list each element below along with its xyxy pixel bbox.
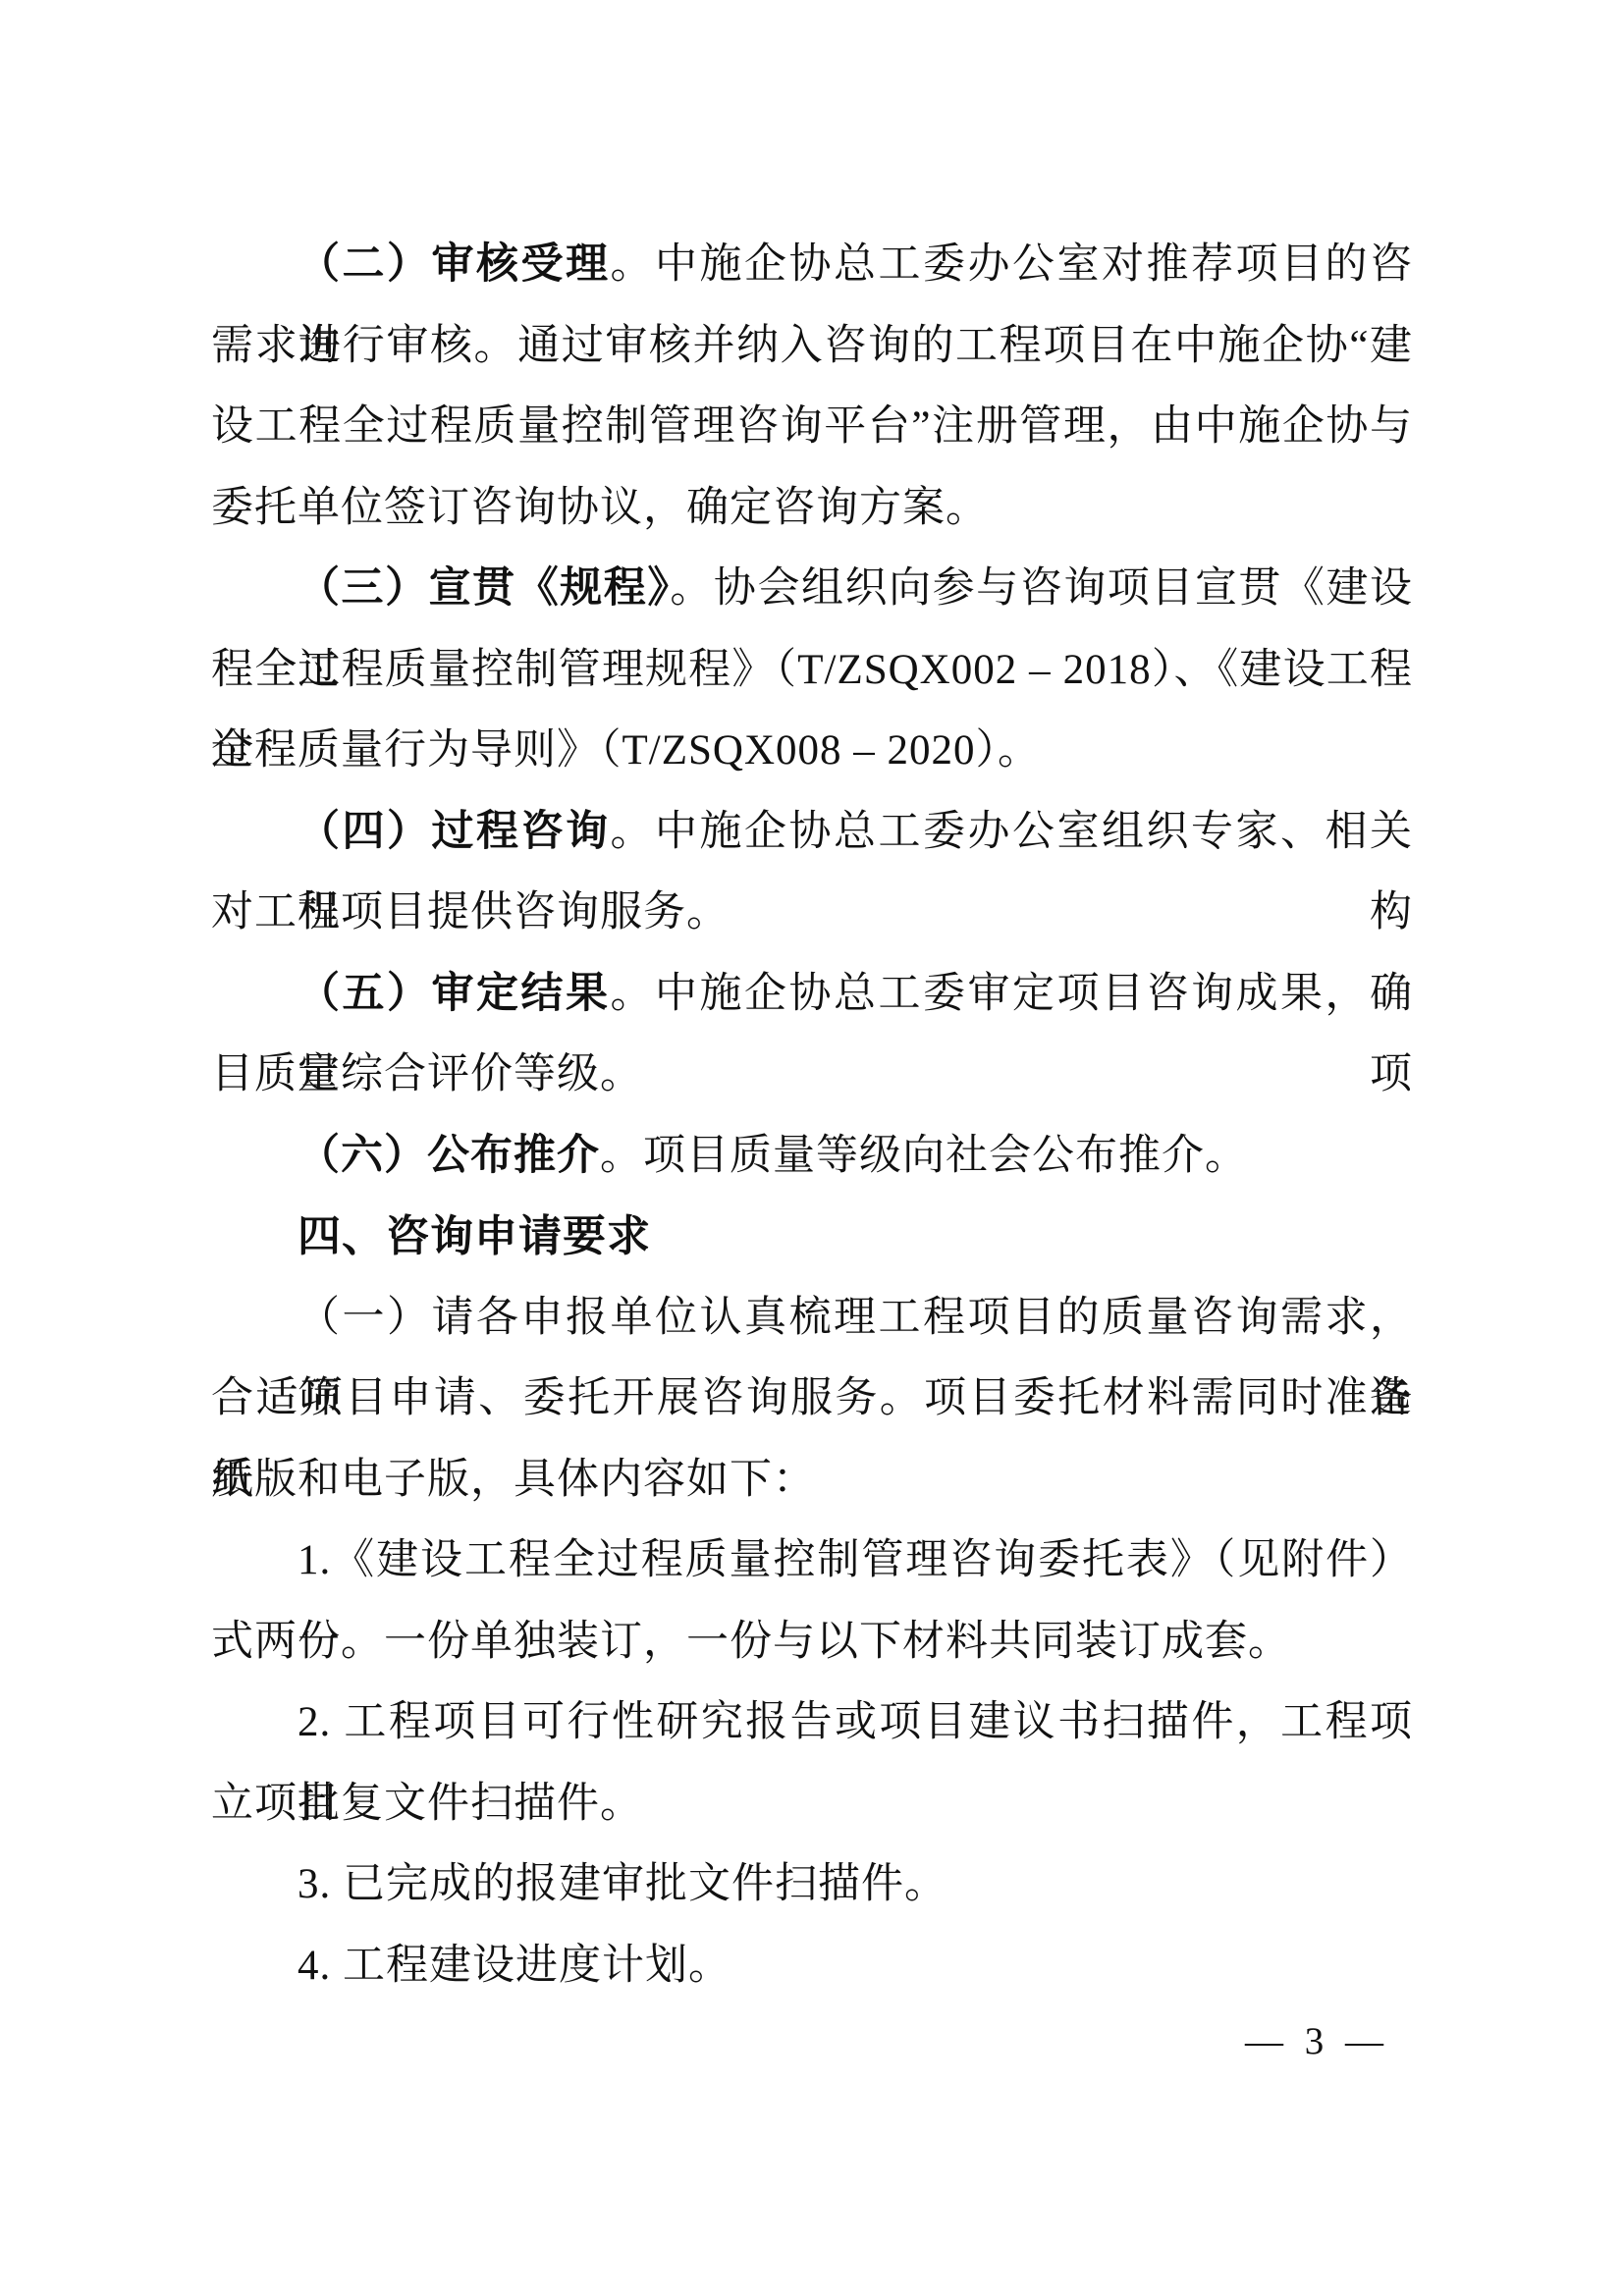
text-line: 过程质量行为导则》（T/ZSQX008 – 2020）。 (211, 711, 1413, 792)
paragraph-text: 过程质量行为导则》（T/ZSQX008 – 2020）。 (211, 727, 1041, 774)
text-line: 需求进行审核。通过审核并纳入咨询的工程项目在中施企协“建 (211, 306, 1413, 388)
paragraph-lead: （三）宣贯《规程》 (298, 565, 670, 612)
paragraph-text: 委托单位签订咨询协议，确定咨询方案。 (211, 485, 989, 531)
text-line: （四）过程咨询。中施企协总工委办公室组织专家、相关机构 (211, 792, 1413, 874)
section-heading: 四、咨询申请要求 (211, 1197, 1413, 1278)
text-line: 4. 工程建设进度计划。 (211, 1926, 1413, 2007)
paragraph-text: 立项批复文件扫描件。 (211, 1781, 643, 1827)
text-line: 1.《建设工程全过程质量控制管理咨询委托表》（见附件）一 (211, 1521, 1413, 1602)
text-line: 设工程全过程质量控制管理咨询平台”注册管理，由中施企协与 (211, 387, 1413, 468)
paragraph-lead: （四）过程咨询 (298, 809, 611, 855)
heading-text: 四、咨询申请要求 (298, 1212, 651, 1260)
paragraph-text: 对工程项目提供咨询服务。 (211, 889, 730, 935)
text-line: （六）公布推介。项目质量等级向社会公布推介。 (211, 1116, 1413, 1198)
paragraph-text: 式两份。一份单独装订，一份与以下材料共同装订成套。 (211, 1619, 1291, 1665)
text-line: 质版和电子版，具体内容如下： (211, 1440, 1413, 1522)
paragraph-text: 3. 已完成的报建审批文件扫描件。 (298, 1861, 947, 1907)
text-line: 3. 已完成的报建审批文件扫描件。 (211, 1844, 1413, 1926)
paragraph-lead: （二）审核受理 (298, 241, 611, 288)
paragraph-text: 目质量综合评价等级。 (211, 1051, 643, 1097)
text-line: 合适项目申请、委托开展咨询服务。项目委托材料需同时准备纸 (211, 1359, 1413, 1440)
paragraph-text: 设工程全过程质量控制管理咨询平台”注册管理，由中施企协与 (211, 403, 1413, 450)
text-line: 式两份。一份单独装订，一份与以下材料共同装订成套。 (211, 1602, 1413, 1683)
document-body: （二）审核受理。中施企协总工委办公室对推荐项目的咨询 需求进行审核。通过审核并纳… (211, 225, 1413, 2006)
text-line: （三）宣贯《规程》。协会组织向参与咨询项目宣贯《建设工 (211, 549, 1413, 630)
paragraph-lead: （五）审定结果 (298, 971, 611, 1017)
paragraph-text: 质版和电子版，具体内容如下： (211, 1457, 816, 1503)
page-number: — 3 — (1245, 2018, 1389, 2065)
text-line: 立项批复文件扫描件。 (211, 1764, 1413, 1845)
paragraph-text: 。项目质量等级向社会公布推介。 (600, 1133, 1248, 1179)
document-page: （二）审核受理。中施企协总工委办公室对推荐项目的咨询 需求进行审核。通过审核并纳… (0, 0, 1623, 2296)
paragraph-text: 4. 工程建设进度计划。 (298, 1943, 731, 1989)
text-line: （一）请各申报单位认真梳理工程项目的质量咨询需求，筛选 (211, 1278, 1413, 1360)
text-line: （二）审核受理。中施企协总工委办公室对推荐项目的咨询 (211, 225, 1413, 306)
paragraph-lead: （六）公布推介 (298, 1133, 600, 1179)
text-line: （五）审定结果。中施企协总工委审定项目咨询成果，确定项 (211, 954, 1413, 1036)
text-line: 委托单位签订咨询协议，确定咨询方案。 (211, 468, 1413, 550)
paragraph-text: 需求进行审核。通过审核并纳入咨询的工程项目在中施企协“建 (211, 323, 1413, 369)
text-line: 程全过程质量控制管理规程》（T/ZSQX002 – 2018）、《建设工程全 (211, 630, 1413, 712)
text-line: 2. 工程项目可行性研究报告或项目建议书扫描件，工程项目 (211, 1682, 1413, 1764)
